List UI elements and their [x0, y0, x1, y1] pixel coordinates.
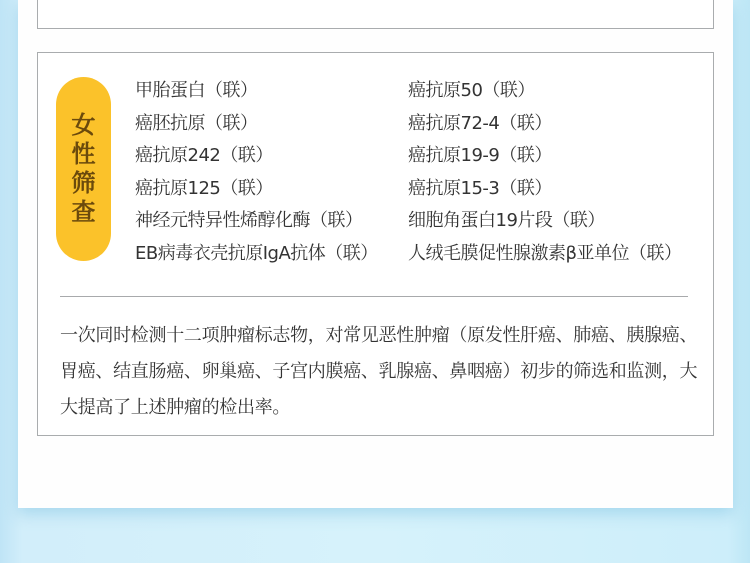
marker-item: 癌抗原242（联）: [135, 140, 378, 173]
content-card: 女 性 筛 查 甲胎蛋白（联） 癌胚抗原（联） 癌抗原242（联） 癌抗原125…: [18, 0, 733, 508]
divider: [60, 296, 688, 297]
category-tag-char: 性: [72, 140, 96, 169]
category-tag-char: 筛: [72, 169, 96, 198]
marker-item: 癌抗原125（联）: [135, 173, 378, 206]
description-text: 一次同时检测十二项肿瘤标志物，对常见恶性肿瘤（原发性肝癌、肺癌、胰腺癌、胃癌、结…: [60, 318, 700, 426]
category-tag-char: 查: [72, 198, 96, 227]
marker-item: 细胞角蛋白19片段（联）: [408, 205, 682, 238]
marker-list-right: 癌抗原50（联） 癌抗原72-4（联） 癌抗原19-9（联） 癌抗原15-3（联…: [408, 75, 682, 270]
marker-item: 癌抗原50（联）: [408, 75, 682, 108]
marker-item: 癌抗原15-3（联）: [408, 173, 682, 206]
marker-item: 癌胚抗原（联）: [135, 108, 378, 141]
marker-item: 癌抗原19-9（联）: [408, 140, 682, 173]
marker-item: 癌抗原72-4（联）: [408, 108, 682, 141]
marker-item: EB病毒衣壳抗原IgA抗体（联）: [135, 238, 378, 271]
category-tag: 女 性 筛 查: [56, 77, 111, 261]
marker-list-left: 甲胎蛋白（联） 癌胚抗原（联） 癌抗原242（联） 癌抗原125（联） 神经元特…: [135, 75, 378, 270]
previous-section-box: [37, 0, 714, 29]
female-screening-box: 女 性 筛 查 甲胎蛋白（联） 癌胚抗原（联） 癌抗原242（联） 癌抗原125…: [37, 52, 714, 436]
category-tag-char: 女: [72, 111, 96, 140]
marker-item: 甲胎蛋白（联）: [135, 75, 378, 108]
marker-item: 人绒毛膜促性腺激素β亚单位（联）: [408, 238, 682, 271]
marker-item: 神经元特异性烯醇化酶（联）: [135, 205, 378, 238]
